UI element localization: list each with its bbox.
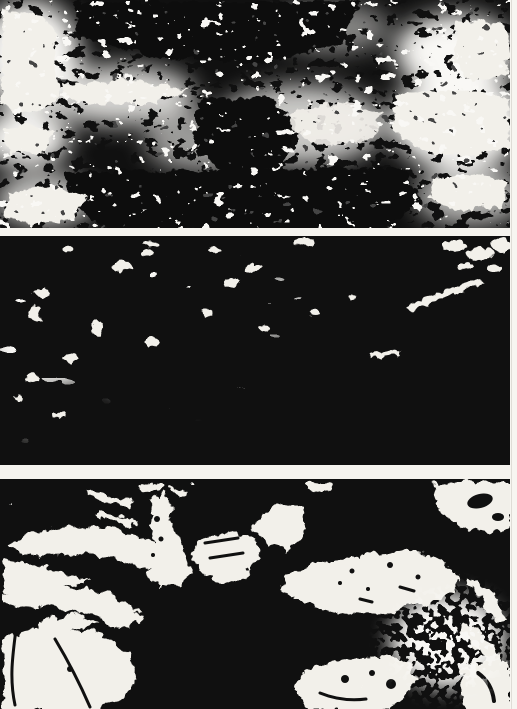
micrograph-panel-middle	[0, 236, 510, 465]
micrograph-top-image	[0, 0, 510, 228]
scanned-plate-page	[0, 0, 517, 709]
micrograph-panel-top	[0, 0, 510, 228]
scan-edge-line	[511, 0, 512, 709]
panel-bottom-sparse-fleck-layer	[0, 479, 510, 709]
panel-divider-gap-1	[0, 228, 517, 236]
panel-middle-fleck-cluster-layer	[0, 236, 510, 465]
micrograph-bottom-image	[0, 479, 510, 709]
micrograph-panel-bottom	[0, 479, 510, 709]
panel-top-pepper-layer	[0, 0, 510, 228]
panel-divider-gap-2	[0, 465, 517, 479]
micrograph-middle-image	[0, 236, 510, 465]
